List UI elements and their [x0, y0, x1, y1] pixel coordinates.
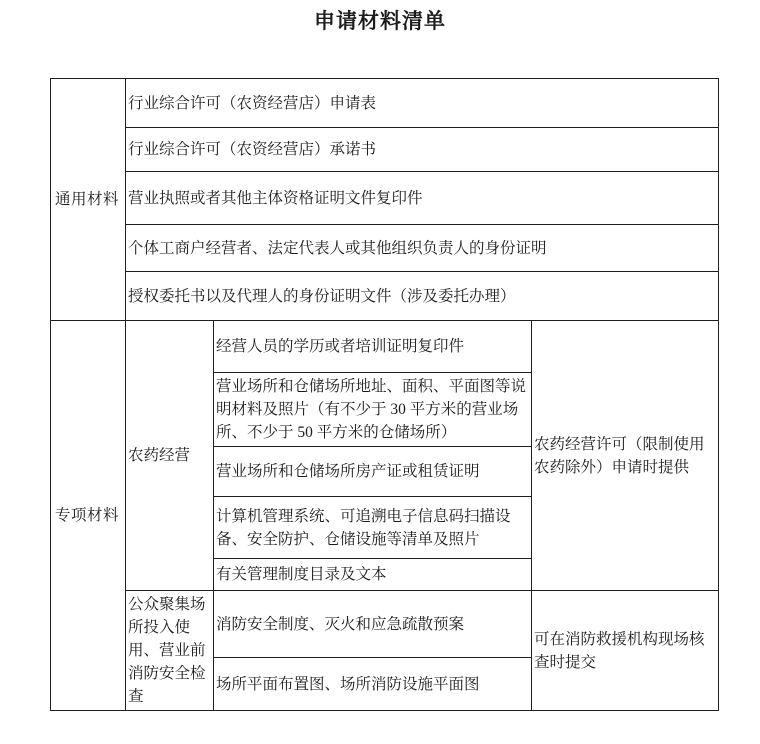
subcategory-cell-pesticide: 农药经营	[126, 321, 214, 591]
category-cell-special: 专项材料	[51, 321, 126, 711]
table-row: 个体工商户经营者、法定代表人或其他组织负责人的身份证明	[51, 225, 719, 272]
table-row: 营业执照或者其他主体资格证明文件复印件	[51, 172, 719, 225]
item-cell: 行业综合许可（农资经营店）申请表	[126, 79, 719, 128]
table-row: 授权委托书以及代理人的身份证明文件（涉及委托办理）	[51, 272, 719, 321]
item-cell: 行业综合许可（农资经营店）承诺书	[126, 128, 719, 172]
table-row: 专项材料 农药经营 经营人员的学历或者培训证明复印件 农药经营许可（限制使用农药…	[51, 321, 719, 373]
item-cell: 经营人员的学历或者培训证明复印件	[214, 321, 532, 373]
table-row: 通用材料 行业综合许可（农资经营店）申请表	[51, 79, 719, 128]
table-row: 行业综合许可（农资经营店）承诺书	[51, 128, 719, 172]
item-cell: 计算机管理系统、可追溯电子信息码扫描设备、安全防护、仓储设施等清单及照片	[214, 497, 532, 559]
table-row: 公众聚集场所投入使用、营业前消防安全检查 消防安全制度、灭火和应急疏散预案 可在…	[51, 591, 719, 658]
note-cell-fire-safety: 可在消防救援机构现场核查时提交	[532, 591, 719, 711]
item-cell: 营业场所和仓储场所地址、面积、平面图等说明材料及照片（有不少于 30 平方米的营…	[214, 373, 532, 447]
item-cell: 营业执照或者其他主体资格证明文件复印件	[126, 172, 719, 225]
item-cell: 场所平面布置图、场所消防设施平面图	[214, 658, 532, 711]
note-cell-pesticide: 农药经营许可（限制使用农药除外）申请时提供	[532, 321, 719, 591]
materials-table: 通用材料 行业综合许可（农资经营店）申请表 行业综合许可（农资经营店）承诺书 营…	[50, 78, 719, 711]
item-cell: 营业场所和仓储场所房产证或租赁证明	[214, 447, 532, 497]
page-title: 申请材料清单	[0, 9, 760, 33]
item-cell: 授权委托书以及代理人的身份证明文件（涉及委托办理）	[126, 272, 719, 321]
subcategory-cell-fire-safety: 公众聚集场所投入使用、营业前消防安全检查	[126, 591, 214, 711]
category-cell-general: 通用材料	[51, 79, 126, 321]
document-page: 申请材料清单 通用材料 行业综合许可（农资经营店）申请表 行业综合许可（农资经营…	[0, 0, 760, 744]
item-cell: 消防安全制度、灭火和应急疏散预案	[214, 591, 532, 658]
item-cell: 有关管理制度目录及文本	[214, 559, 532, 591]
item-cell: 个体工商户经营者、法定代表人或其他组织负责人的身份证明	[126, 225, 719, 272]
